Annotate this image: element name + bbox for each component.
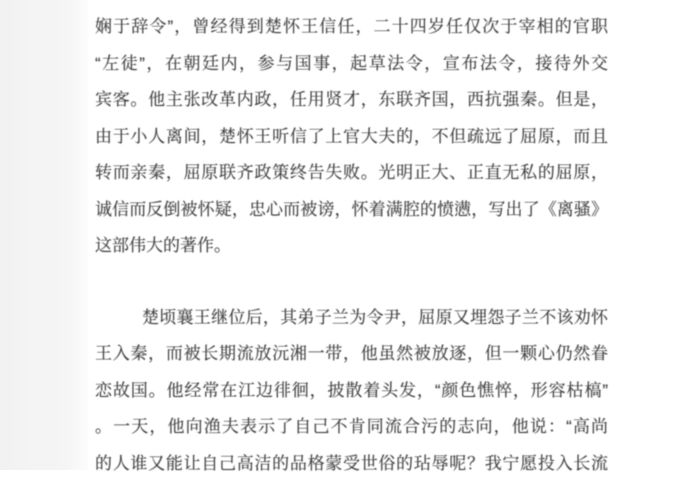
text-line: 诚信而反倒被怀疑，忠心而被谤，怀着满腔的愤懑，写出了《离骚》 (95, 192, 608, 229)
document-page: 娴于辞令”，曾经得到楚怀王信任，二十四岁任仅次于宰相的官职 “左徒”，在朝廷内，… (95, 0, 608, 470)
text-line: 王入秦，而被长期流放沅湘一带，他虽然被放逐，但一颗心仍然眷 (95, 336, 608, 373)
text-line: 娴于辞令”，曾经得到楚怀王信任，二十四岁任仅次于宰相的官职 (95, 9, 608, 46)
text-line-paragraph-start: 楚顷襄王继位后，其弟子兰为令尹，屈原又埋怨子兰不该劝怀 (95, 300, 608, 337)
text-line: 恋故国。他经常在江边徘徊，披散着头发，“颜色憔悴，形容枯槁” (95, 373, 608, 410)
text-line-clipped-bottom: 的人谁又能让自己高洁的品格蒙受世俗的玷辱呢？我宁愿投入长流 (95, 446, 608, 471)
text-line: 由于小人离间，楚怀王听信了上官大夫的，不但疏远了屈原，而且 (95, 119, 608, 156)
text-line: 。一天，他向渔夫表示了自己不肯同流合污的志向，他说：“高尚 (95, 409, 608, 446)
text-line-paragraph-end: 这部伟大的著作。 (95, 228, 608, 265)
page-edge-shadow (0, 0, 88, 470)
text-line: 转而亲秦，屈原联齐政策终告失败。光明正大、正直无私的屈原， (95, 155, 608, 192)
text-line: 宾客。他主张改革内政，任用贤才，东联齐国，西抗强秦。但是， (95, 82, 608, 119)
text-line: “左徒”，在朝廷内，参与国事，起草法令，宣布法令，接待外交 (95, 46, 608, 83)
